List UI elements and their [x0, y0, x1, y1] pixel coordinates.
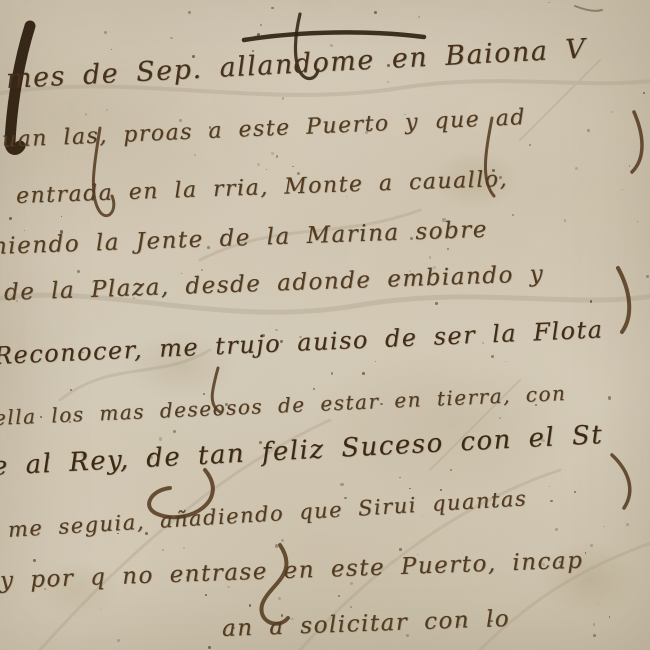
- manuscript-page: mes de Sep. allandome en Baiona V uan la…: [0, 0, 650, 650]
